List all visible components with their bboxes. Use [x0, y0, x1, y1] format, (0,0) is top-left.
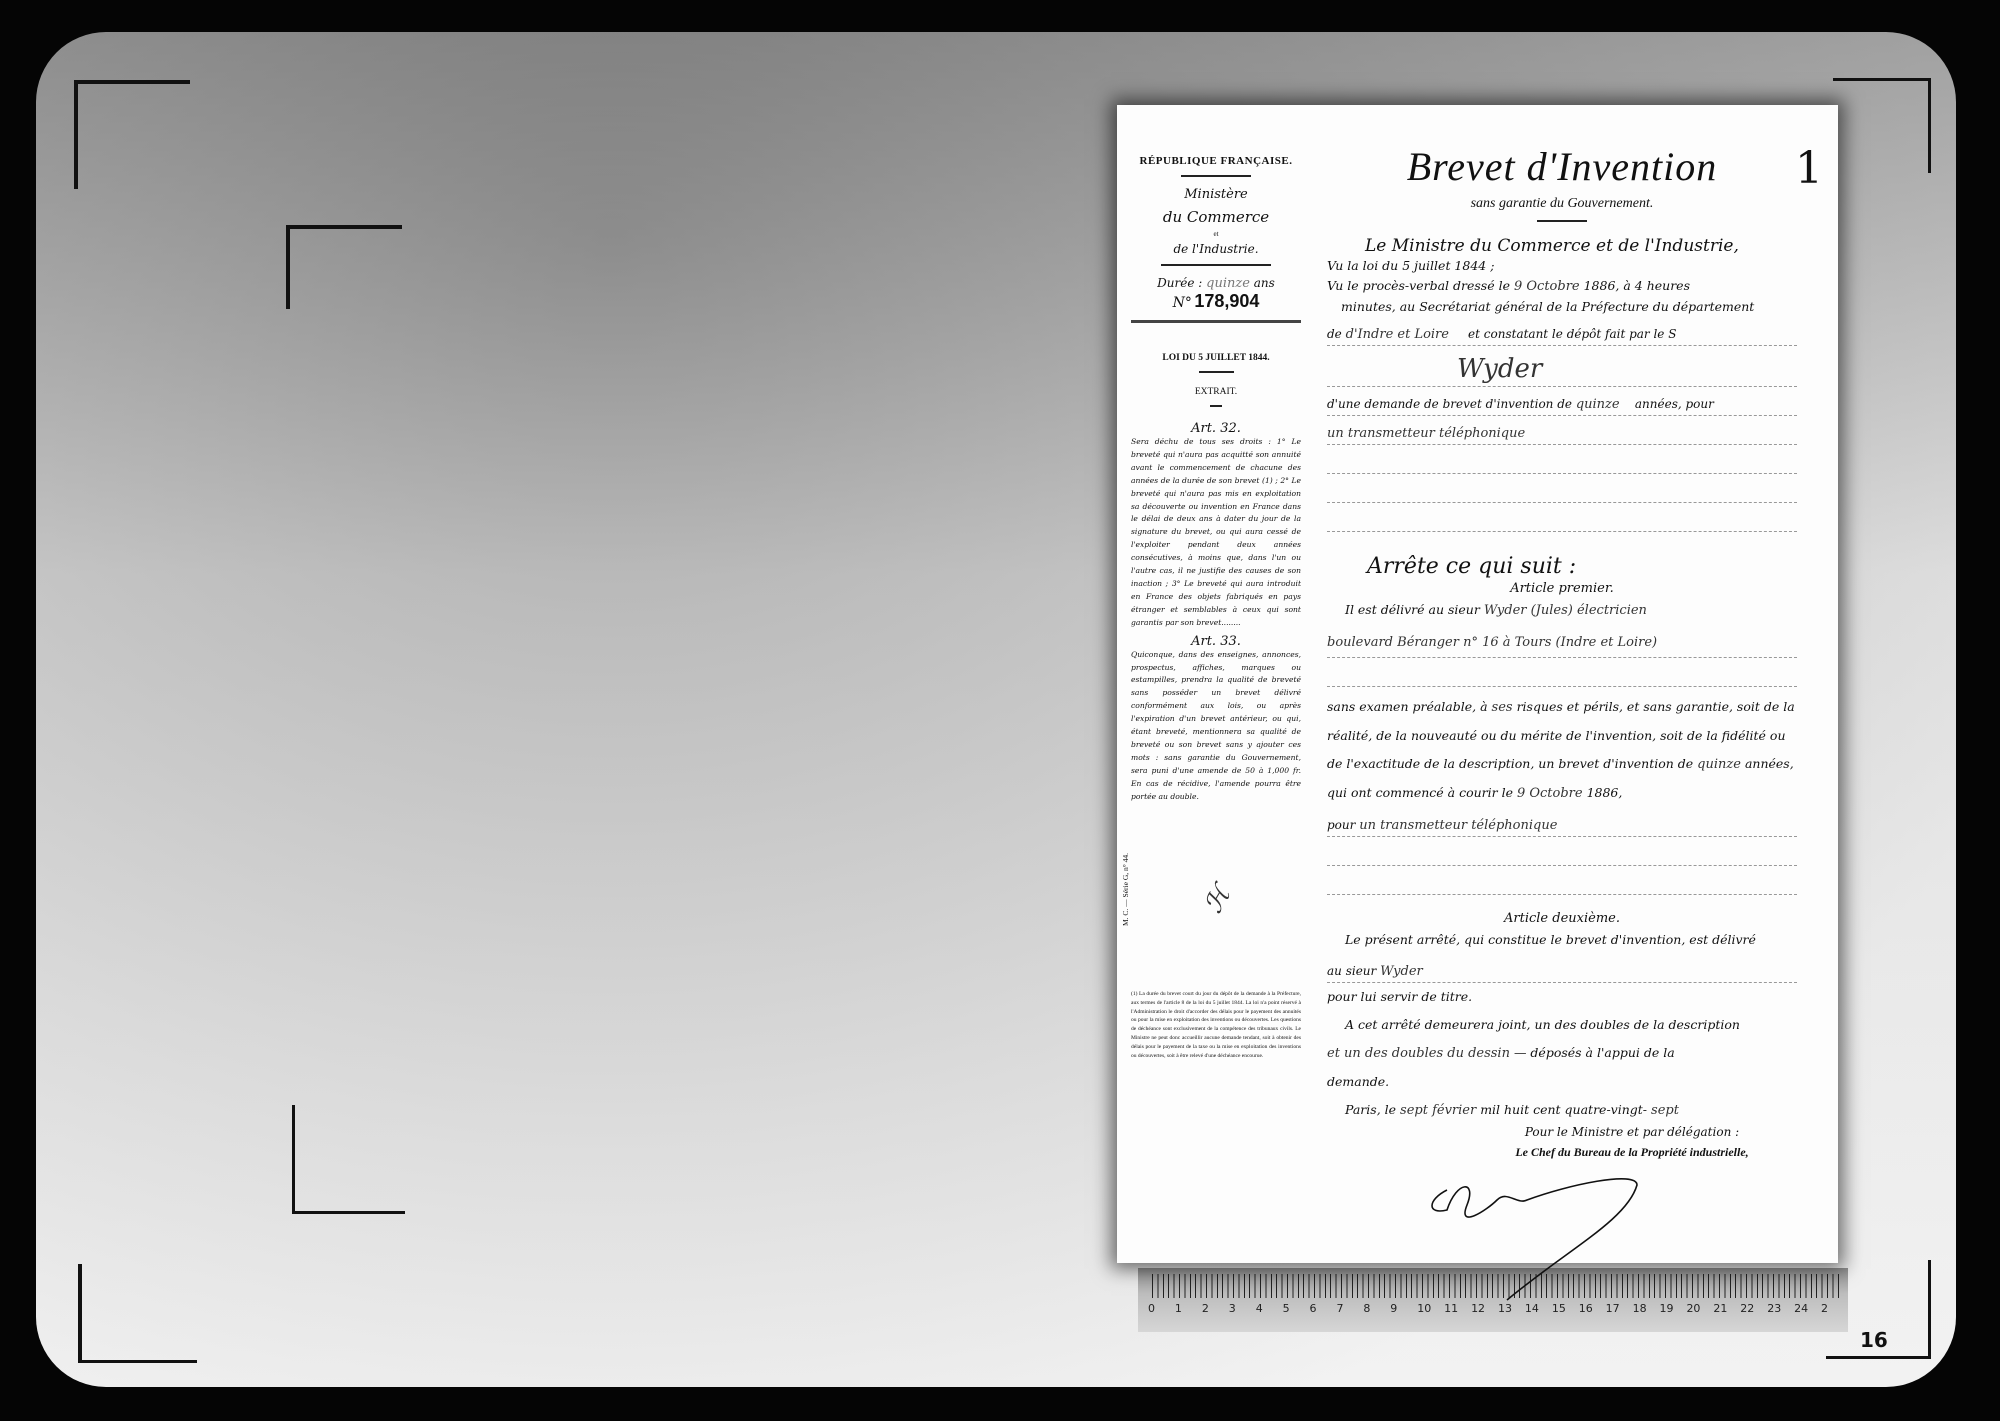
article2-demande: demande.: [1327, 1068, 1797, 1096]
blank-line: [1327, 509, 1797, 532]
article1-duration: quinze: [1697, 757, 1741, 772]
divider: [1199, 371, 1234, 373]
document-title: Brevet d'Invention: [1327, 143, 1797, 190]
pv-date: 9 Octobre: [1514, 279, 1580, 294]
ministry-et: et: [1131, 230, 1301, 238]
signing-date-line: Paris, le sept février mil huit cent qua…: [1327, 1096, 1797, 1125]
frame-number: 16: [1860, 1328, 1888, 1352]
article1-title: Article premier.: [1327, 581, 1797, 596]
duree-label: Durée :: [1157, 276, 1202, 290]
ministry-commerce: du Commerce: [1131, 208, 1301, 226]
duree-value: quinze: [1206, 276, 1250, 291]
blank-line: [1327, 843, 1797, 866]
article1-grantee-line: Il est délivré au sieur Wyder (Jules) él…: [1327, 596, 1797, 625]
article2-title: Article deuxième.: [1327, 911, 1797, 926]
applicant-name: Wyder: [1457, 354, 1542, 384]
divider: [1181, 175, 1251, 177]
corner-mark-inner-bottom-left: [292, 1105, 405, 1214]
corner-mark-top-right: [1833, 78, 1931, 173]
number-prefix: N°: [1173, 295, 1192, 311]
start-date: 9 Octobre: [1517, 786, 1583, 801]
divider: [1131, 320, 1301, 323]
department-value: d'Indre et Loire: [1346, 327, 1449, 342]
pv-line2: minutes, au Secrétariat général de la Pr…: [1327, 297, 1797, 317]
document-subtitle: sans garantie du Gouvernement.: [1327, 196, 1797, 212]
patent-number: 178,904: [1194, 291, 1259, 311]
article2-name: Wyder: [1380, 964, 1423, 979]
delegation-line: Pour le Ministre et par délégation :: [1327, 1125, 1797, 1139]
article2-line1: Le présent arrêté, qui constitue le brev…: [1327, 926, 1797, 954]
ministry-label: Ministère: [1131, 187, 1301, 202]
title-block: Brevet d'Invention 1: [1327, 143, 1797, 190]
left-column: RÉPUBLIQUE FRANÇAISE. Ministère du Comme…: [1131, 155, 1301, 803]
duree-field: Durée : quinze ans: [1131, 276, 1301, 291]
extrait-label: EXTRAIT.: [1131, 387, 1301, 397]
blank-line: [1327, 451, 1797, 474]
article2-line2: pour lui servir de titre.: [1327, 983, 1797, 1011]
article1-invention-line: pour un transmetteur téléphonique: [1327, 814, 1797, 837]
duree-unit: ans: [1254, 276, 1275, 290]
blank-line: [1327, 480, 1797, 503]
law-title: LOI DU 5 JUILLET 1844.: [1131, 353, 1301, 363]
blank-line: [1327, 872, 1797, 895]
corner-mark-bottom-left: [78, 1264, 197, 1363]
arrete-heading: Arrête ce qui suit :: [1327, 554, 1797, 579]
corner-mark-top-left: [74, 80, 190, 189]
chief-bureau-line: Le Chef du Bureau de la Propriété indust…: [1327, 1145, 1797, 1160]
form-series-label: M. C. — Série G, n° 44.: [1121, 853, 1130, 926]
invention-line: un transmetteur téléphonique: [1327, 422, 1797, 445]
start-year: 1886,: [1587, 785, 1623, 800]
grantee-address: boulevard Béranger n° 16 à Tours (Indre …: [1327, 635, 1657, 650]
margin-initials-signature: ℋ: [1198, 881, 1237, 918]
risk-pronoun: ses: [1492, 700, 1513, 715]
vu-proces-verbal: Vu le procès-verbal dressé le 9 Octobre …: [1327, 276, 1797, 297]
applicant-line: Wyder: [1327, 352, 1797, 387]
grantee-name: Wyder (Jules) électricien: [1484, 603, 1647, 618]
sheet-number: 1: [1795, 143, 1823, 194]
divider: [1537, 220, 1587, 222]
sign-year: sept: [1651, 1103, 1679, 1118]
article2-drawing: et un des doubles du dessin: [1327, 1046, 1510, 1061]
article2-line3: A cet arrêté demeurera joint, un des dou…: [1327, 1011, 1797, 1039]
demande-duration: quinze: [1576, 397, 1620, 412]
patent-document-page: RÉPUBLIQUE FRANÇAISE. Ministère du Comme…: [1117, 105, 1838, 1263]
article1-invention: un transmetteur téléphonique: [1359, 818, 1557, 833]
article2-line4: et un des doubles du dessin — déposés à …: [1327, 1039, 1797, 1068]
department-line: de d'Indre et Loire et constatant le dép…: [1327, 323, 1797, 346]
article1-body: sans examen préalable, à ses risques et …: [1327, 693, 1797, 808]
divider: [1210, 405, 1222, 407]
chief-signature: [1417, 1160, 1717, 1310]
article2-name-line: au sieur Wyder: [1327, 960, 1797, 983]
demande-line: d'une demande de brevet d'invention de q…: [1327, 393, 1797, 416]
art32-text: Sera déchu de tous ses droits : 1° Le br…: [1131, 436, 1301, 630]
art33-text: Quiconque, dans des enseignes, annonces,…: [1131, 649, 1301, 804]
address-line: boulevard Béranger n° 16 à Tours (Indre …: [1327, 631, 1797, 658]
invention-title: un transmetteur téléphonique: [1327, 426, 1525, 441]
ministry-industry: de l'Industrie.: [1131, 242, 1301, 256]
art32-title: Art. 32.: [1131, 421, 1301, 436]
footnote: (1) La durée du brevet court du jour du …: [1131, 990, 1301, 1060]
republic-heading: RÉPUBLIQUE FRANÇAISE.: [1131, 155, 1301, 167]
minister-heading: Le Ministre du Commerce et de l'Industri…: [1327, 236, 1797, 256]
pv-year: 1886, à 4 heures: [1584, 278, 1690, 293]
blank-line: [1327, 664, 1797, 687]
art33-title: Art. 33.: [1131, 634, 1301, 649]
main-column: Brevet d'Invention 1 sans garantie du Go…: [1327, 143, 1797, 1314]
divider: [1161, 264, 1271, 266]
corner-mark-inner-top-left: [286, 225, 402, 309]
patent-number-field: N° 178,904: [1131, 291, 1301, 312]
sign-day: sept février: [1400, 1103, 1476, 1118]
vu-loi: Vu la loi du 5 juillet 1844 ;: [1327, 256, 1797, 276]
